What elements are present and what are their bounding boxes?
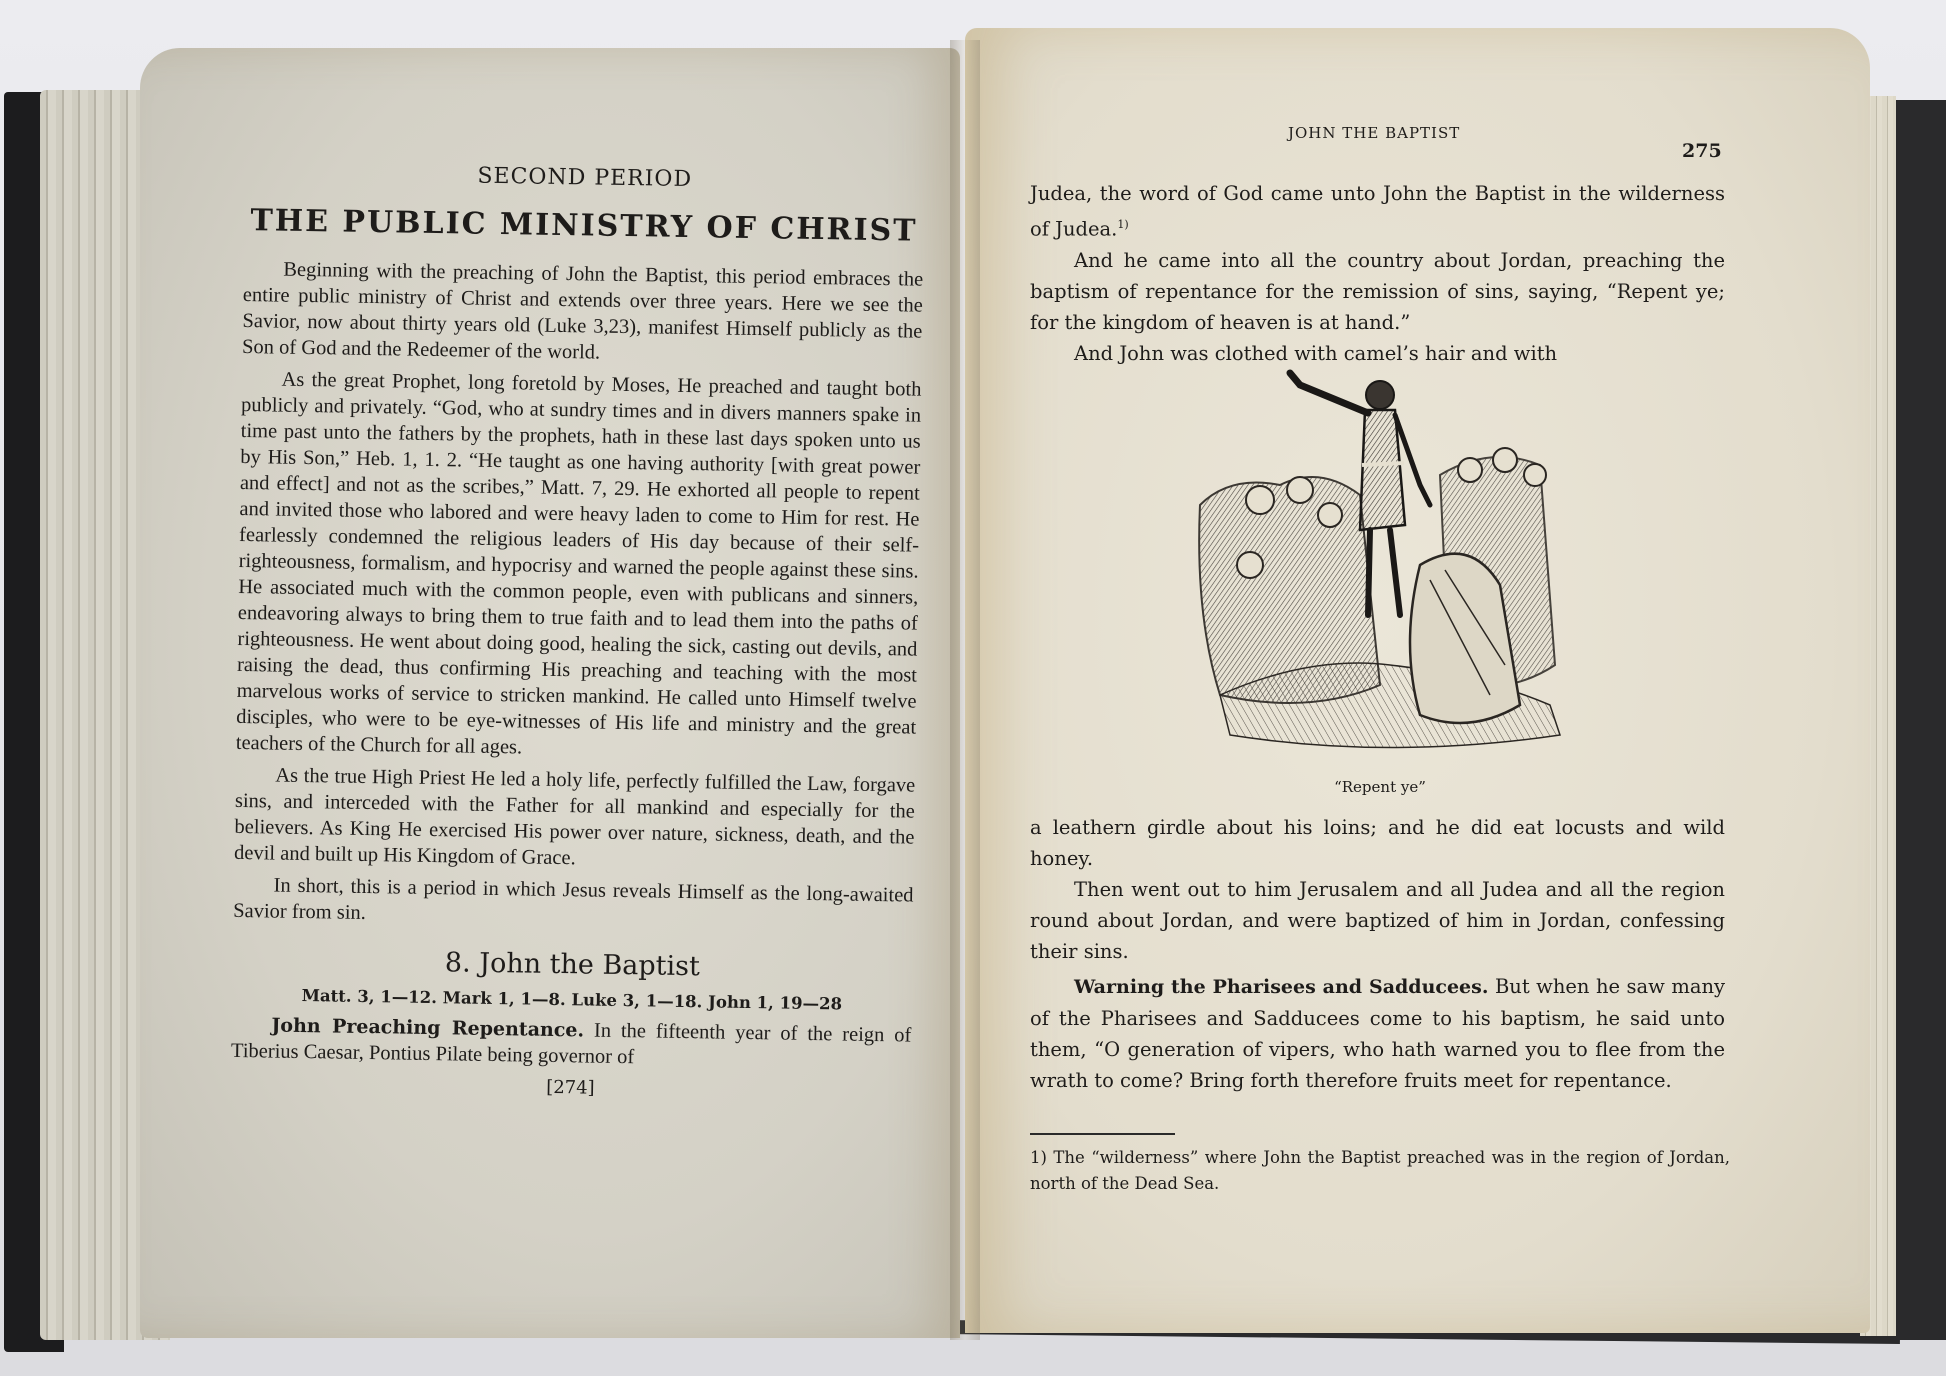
baptized-paragraph: Then went out to him Jerusalem and all J… [1030,874,1725,967]
footnote: 1) The “wilderness” where John the Bapti… [1030,1145,1730,1197]
footnote-marker: 1) [1117,218,1128,231]
subsection-heading: John Preaching Repentance. [271,1015,584,1042]
book-cover-right [1890,100,1946,1340]
scripture-references: Matt. 3, 1—12. Mark 1, 1—8. Luke 3, 1—18… [232,985,912,1015]
prophet-paragraph: As the great Prophet, long foretold by M… [236,366,922,767]
section-title: THE PUBLIC MINISTRY OF CHRIST [244,203,924,249]
pharisees-heading: Warning the Pharisees and Sadducees. [1074,976,1488,998]
chapter-title: 8. John the Baptist [232,944,912,986]
illustration-caption: “Repent ye” [1290,778,1470,796]
engraving-icon [1190,365,1570,765]
pharisees-paragraph: Warning the Pharisees and Sadducees. But… [1030,971,1725,1096]
left-page-content: SECOND PERIOD THE PUBLIC MINISTRY OF CHR… [230,160,925,1104]
page-number-right: 275 [1682,140,1722,162]
judea-text: Judea, the word of God came unto John th… [1030,182,1725,241]
running-head: JOHN THE BAPTIST [1288,124,1460,142]
camel-hair-line: And John was clothed with camel’s hair a… [1030,338,1725,369]
right-bottom-text: a leathern girdle about his loins; and h… [1030,812,1725,1096]
judea-paragraph: Judea, the word of God came unto John th… [1030,178,1725,245]
priest-king-paragraph: As the true High Priest He led a holy li… [234,762,916,877]
girdle-paragraph: a leathern girdle about his loins; and h… [1030,812,1725,874]
preaching-paragraph: John Preaching Repentance. In the fiftee… [231,1012,912,1075]
jordan-paragraph: And he came into all the country about J… [1030,245,1725,338]
book-gutter [950,40,980,1340]
summary-paragraph: In short, this is a period in which Jesu… [233,872,914,935]
intro-paragraph: Beginning with the preaching of John the… [242,256,924,371]
footnote-divider [1030,1133,1175,1135]
right-top-text: Judea, the word of God came unto John th… [1030,178,1725,369]
john-preaching-illustration [1190,365,1570,765]
